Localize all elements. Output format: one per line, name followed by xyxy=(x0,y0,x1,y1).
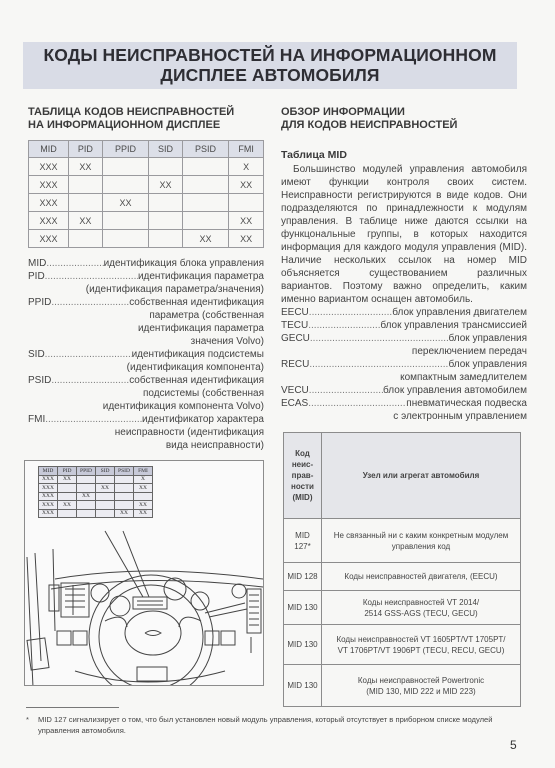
header-line: прав- xyxy=(287,470,318,481)
footnote-marker: * xyxy=(26,714,29,725)
left-column: ТАБЛИЦА КОДОВ НЕИСПРАВНОСТЕЙ НА ИНФОРМАЦ… xyxy=(28,106,264,452)
mid-table-row: MID 130Коды неисправностей Powertronic(M… xyxy=(284,665,521,707)
definition-text: блок управления трансмиссией xyxy=(380,319,527,332)
table-cell xyxy=(149,194,183,212)
table-row: XXXXXXX xyxy=(29,212,264,230)
definition-term: SID xyxy=(28,348,45,361)
mid-intro-paragraph: Большинство модулей управления автомобил… xyxy=(281,163,527,306)
definition-text: блок управления двигателем xyxy=(392,306,527,319)
table-cell xyxy=(69,230,103,248)
unit-line: Коды неисправностей Powertronic xyxy=(325,675,517,686)
definition-continuation: значения Volvo) xyxy=(28,335,264,348)
fault-code-table-heading: ТАБЛИЦА КОДОВ НЕИСПРАВНОСТЕЙ НА ИНФОРМАЦ… xyxy=(28,106,264,132)
paragraph-text: Большинство модулей управления автомобил… xyxy=(281,164,527,305)
definition-term: MID xyxy=(28,257,46,270)
page-title-line-2: ДИСПЛЕЕ АВТОМОБИЛЯ xyxy=(23,65,517,85)
mid-code: MID 128 xyxy=(284,563,322,591)
definition-recu: RECUблок управления xyxy=(281,358,527,371)
definition-text: блок управления xyxy=(449,358,527,371)
leader-dots xyxy=(309,384,383,397)
header-line: ности xyxy=(287,481,318,492)
table-cell xyxy=(182,194,228,212)
table-row: XXXXXXX xyxy=(29,230,264,248)
definition-fmi: FMIидентификатор характера xyxy=(28,413,264,426)
unit-line: Коды неисправностей VT 2014/ xyxy=(325,597,517,608)
table-cell xyxy=(182,176,228,194)
unit-line: Коды неисправностей двигателя, (EECU) xyxy=(325,571,517,582)
leader-dots xyxy=(51,374,129,387)
right-column: ОБЗОР ИНФОРМАЦИИ ДЛЯ КОДОВ НЕИСПРАВНОСТЕ… xyxy=(281,106,527,423)
unit-line: управления код xyxy=(325,541,517,552)
mid-table-subheading: Таблица MID xyxy=(281,149,527,161)
vehicle-unit: Не связанный ни с каким конкретным модул… xyxy=(322,519,521,563)
unit-line: Коды неисправностей VT 1605PT/VT 1705PT/ xyxy=(325,634,517,645)
table-row: XXXXXX xyxy=(29,158,264,176)
definition-text: блок управления xyxy=(449,332,527,345)
column-header-psid: PSID xyxy=(182,141,228,158)
definition-term: PPID xyxy=(28,296,51,309)
definition-continuation: (идентификация параметра/значения) xyxy=(28,283,264,296)
definition-continuation: подсистемы (собственная xyxy=(28,387,264,400)
definition-term: PSID xyxy=(28,374,51,387)
column-header-pid: PID xyxy=(69,141,103,158)
page-number: 5 xyxy=(510,738,517,752)
mid-code: MID 130 xyxy=(284,665,322,707)
heading-line-1: ОБЗОР ИНФОРМАЦИИ xyxy=(281,106,527,119)
definition-text: идентификация параметра xyxy=(138,270,264,283)
table-cell xyxy=(102,158,148,176)
column-header-sid: SID xyxy=(149,141,183,158)
definition-gecu: GECUблок управления xyxy=(281,332,527,345)
definition-mid: MIDидентификация блока управления xyxy=(28,257,264,270)
leader-dots xyxy=(45,413,142,426)
footnote: * MID 127 сигнализирует о том, что был у… xyxy=(28,714,528,736)
table-cell: XXX xyxy=(29,194,69,212)
mid-table-row: MID 128Коды неисправностей двигателя, (E… xyxy=(284,563,521,591)
column-header-ppid: PPID xyxy=(102,141,148,158)
mid-table-row: MID 130Коды неисправностей VT 2014/2514 … xyxy=(284,591,521,625)
leader-dots xyxy=(309,306,392,319)
footnote-text: MID 127 сигнализирует о том, что был уст… xyxy=(28,714,528,736)
table-cell xyxy=(229,194,264,212)
definition-term: GECU xyxy=(281,332,310,345)
header-fault-code: Коднеис-прав-ности(MID) xyxy=(284,433,322,519)
table-cell: XXX xyxy=(29,176,69,194)
mid-table-header: Коднеис-прав-ности(MID) Узел или агрегат… xyxy=(284,433,521,519)
definition-term: VECU xyxy=(281,384,309,397)
definition-text: идентификация блока управления xyxy=(104,257,264,270)
definition-text: собственная идентификация xyxy=(129,374,264,387)
unit-line: 2514 GSS-AGS (TECU, GECU) xyxy=(325,608,517,619)
definition-term: RECU xyxy=(281,358,309,371)
table-cell xyxy=(149,158,183,176)
heading-line-2: ДЛЯ КОДОВ НЕИСПРАВНОСТЕЙ xyxy=(281,119,527,132)
header-line: (MID) xyxy=(287,492,318,503)
table-cell: XX xyxy=(69,212,103,230)
definition-pid: PIDидентификация параметра xyxy=(28,270,264,283)
definition-continuation: вида неисправности) xyxy=(28,439,264,452)
heading-line-1: ТАБЛИЦА КОДОВ НЕИСПРАВНОСТЕЙ xyxy=(28,106,264,119)
page-title-line-1: КОДЫ НЕИСПРАВНОСТЕЙ НА ИНФОРМАЦИОННОМ xyxy=(23,45,517,65)
table-cell xyxy=(182,212,228,230)
table-cell xyxy=(149,212,183,230)
header-vehicle-unit: Узел или агрегат автомобиля xyxy=(322,433,521,519)
column-header-fmi: FMI xyxy=(229,141,264,158)
definition-ecas: ECASпневматическая подвеска xyxy=(281,397,527,410)
vehicle-unit: Коды неисправностей VT 1605PT/VT 1705PT/… xyxy=(322,625,521,665)
table-cell: XX xyxy=(69,158,103,176)
definition-text: идентификатор характера xyxy=(142,413,264,426)
leader-dots xyxy=(45,270,138,283)
table-row: XXXXX xyxy=(29,194,264,212)
mid-table: Коднеис-прав-ности(MID) Узел или агрегат… xyxy=(283,432,521,707)
leader-dots xyxy=(45,348,132,361)
definition-term: TECU xyxy=(281,319,308,332)
table-cell xyxy=(182,158,228,176)
header-line: неис- xyxy=(287,459,318,470)
definition-sid: SIDидентификация подсистемы xyxy=(28,348,264,361)
table-cell xyxy=(149,230,183,248)
table-header-row: MIDPIDPPIDSIDPSIDFMI xyxy=(29,141,264,158)
definition-ppid: PPIDсобственная идентификация xyxy=(28,296,264,309)
leader-dots xyxy=(308,397,406,410)
mid-table-row: MID 127*Не связанный ни с каким конкретн… xyxy=(284,519,521,563)
table-cell: XXX xyxy=(29,158,69,176)
definition-continuation: (идентификация компонента) xyxy=(28,361,264,374)
vehicle-unit: Коды неисправностей VT 2014/2514 GSS-AGS… xyxy=(322,591,521,625)
leader-dots xyxy=(309,358,448,371)
leader-dots xyxy=(46,257,103,270)
vehicle-unit: Коды неисправностей Powertronic(MID 130,… xyxy=(322,665,521,707)
definition-text: собственная идентификация xyxy=(129,296,264,309)
table-cell xyxy=(102,176,148,194)
mid-code: MID 127* xyxy=(284,519,322,563)
heading-line-2: НА ИНФОРМАЦИОННОМ ДИСПЛЕЕ xyxy=(28,119,264,132)
unit-line: (MID 130, MID 222 и MID 223) xyxy=(325,686,517,697)
definition-term: FMI xyxy=(28,413,45,426)
leader-dots xyxy=(51,296,129,309)
table-cell xyxy=(102,212,148,230)
table-cell: XX xyxy=(229,230,264,248)
definition-continuation: компактным замедлителем xyxy=(281,371,527,384)
table-row: XXXXXXX xyxy=(29,176,264,194)
table-cell: XX xyxy=(229,212,264,230)
table-cell xyxy=(69,194,103,212)
table-cell: X xyxy=(229,158,264,176)
page-title: КОДЫ НЕИСПРАВНОСТЕЙ НА ИНФОРМАЦИОННОМ ДИ… xyxy=(23,42,517,89)
abbreviation-definitions: MIDидентификация блока управленияPIDиден… xyxy=(28,257,264,452)
definition-continuation: параметра (собственная xyxy=(28,309,264,322)
table-cell: XXX xyxy=(29,230,69,248)
table-cell: XX xyxy=(182,230,228,248)
mid-code: MID 130 xyxy=(284,625,322,665)
definition-term: ECAS xyxy=(281,397,308,410)
unit-line: VT 1706PT/VT 1906PT (TECU, RECU, GECU) xyxy=(325,645,517,656)
mid-table-row: MID 130Коды неисправностей VT 1605PT/VT … xyxy=(284,625,521,665)
definition-continuation: переключением передач xyxy=(281,345,527,358)
table-cell xyxy=(102,230,148,248)
footnote-divider xyxy=(26,707,119,708)
vehicle-unit: Коды неисправностей двигателя, (EECU) xyxy=(322,563,521,591)
table-cell: XX xyxy=(229,176,264,194)
definition-text: блок управления автомобилем xyxy=(383,384,527,397)
definition-continuation: с электронным управлением xyxy=(281,410,527,423)
leader-dots xyxy=(308,319,380,332)
definition-term: EECU xyxy=(281,306,309,319)
definition-term: PID xyxy=(28,270,45,283)
definition-tecu: TECUблок управления трансмиссией xyxy=(281,319,527,332)
table-cell: XX xyxy=(102,194,148,212)
table-cell xyxy=(69,176,103,194)
dashboard-drawing xyxy=(25,461,264,686)
table-cell: XX xyxy=(149,176,183,194)
overview-heading: ОБЗОР ИНФОРМАЦИИ ДЛЯ КОДОВ НЕИСПРАВНОСТЕ… xyxy=(281,106,527,132)
leader-dots xyxy=(310,332,449,345)
header-line: Код xyxy=(287,448,318,459)
definition-continuation: идентификация компонента Volvo) xyxy=(28,400,264,413)
mid-code: MID 130 xyxy=(284,591,322,625)
fault-code-table: MIDPIDPPIDSIDPSIDFMI XXXXXXXXXXXXXXXXXXX… xyxy=(28,140,264,248)
definition-continuation: неисправности (идентификация xyxy=(28,426,264,439)
definition-text: идентификация подсистемы xyxy=(132,348,264,361)
dashboard-illustration: MIDPIDPPIDSIDPSIDFMI XXXXXXXXXXXXXXXXXXX… xyxy=(24,460,264,686)
definition-psid: PSIDсобственная идентификация xyxy=(28,374,264,387)
unit-line: Не связанный ни с каким конкретным модул… xyxy=(325,530,517,541)
definition-eecu: EECUблок управления двигателем xyxy=(281,306,527,319)
definition-vecu: VECUблок управления автомобилем xyxy=(281,384,527,397)
definition-continuation: идентификация параметра xyxy=(28,322,264,335)
definition-text: пневматическая подвеска xyxy=(406,397,527,410)
column-header-mid: MID xyxy=(29,141,69,158)
module-definitions: EECUблок управления двигателемTECUблок у… xyxy=(281,306,527,423)
table-cell: XXX xyxy=(29,212,69,230)
